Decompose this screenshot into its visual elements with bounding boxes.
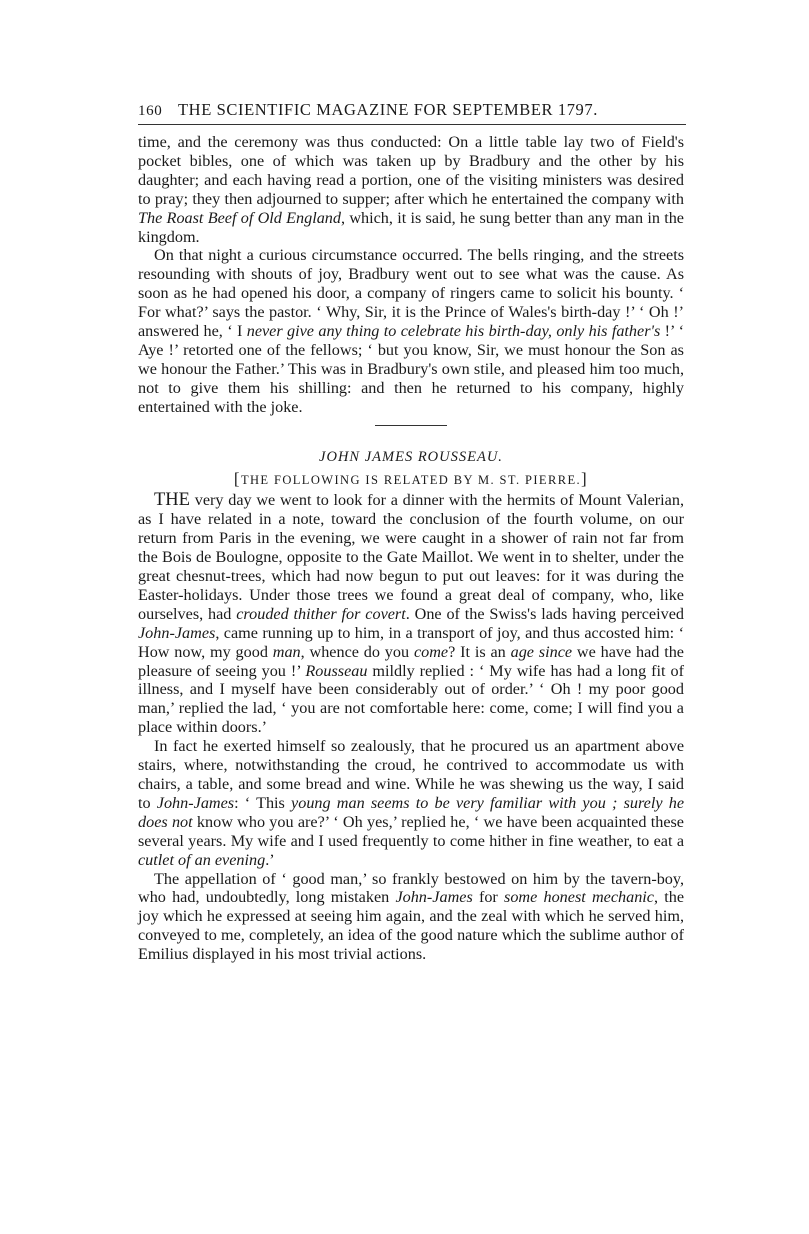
magazine-page: 160 THE SCIENTIFIC MAGAZINE FOR SEPTEMBE… — [138, 100, 684, 964]
paragraph: The appellation of ‘ good man,’ so frank… — [138, 870, 684, 965]
paragraph: On that night a curious circumstance occ… — [138, 246, 684, 416]
running-title: THE SCIENTIFIC MAGAZINE FOR SEPTEMBER 17… — [178, 100, 684, 120]
page-number: 160 — [138, 103, 178, 120]
song-title: The Roast Beef of Old England — [138, 209, 341, 227]
paragraph: THE very day we went to look for a dinne… — [138, 491, 684, 737]
section-divider — [375, 425, 447, 426]
article-title: JOHN JAMES ROUSSEAU. — [138, 448, 684, 467]
article-subtitle: [THE FOLLOWING IS RELATED BY M. ST. PIER… — [138, 470, 684, 490]
running-head: 160 THE SCIENTIFIC MAGAZINE FOR SEPTEMBE… — [138, 100, 684, 120]
header-rule — [138, 124, 686, 125]
paragraph: In fact he exerted himself so zealously,… — [138, 737, 684, 869]
paragraph: time, and the ceremony was thus conducte… — [138, 133, 684, 246]
body-text: time, and the ceremony was thus conducte… — [138, 133, 684, 964]
